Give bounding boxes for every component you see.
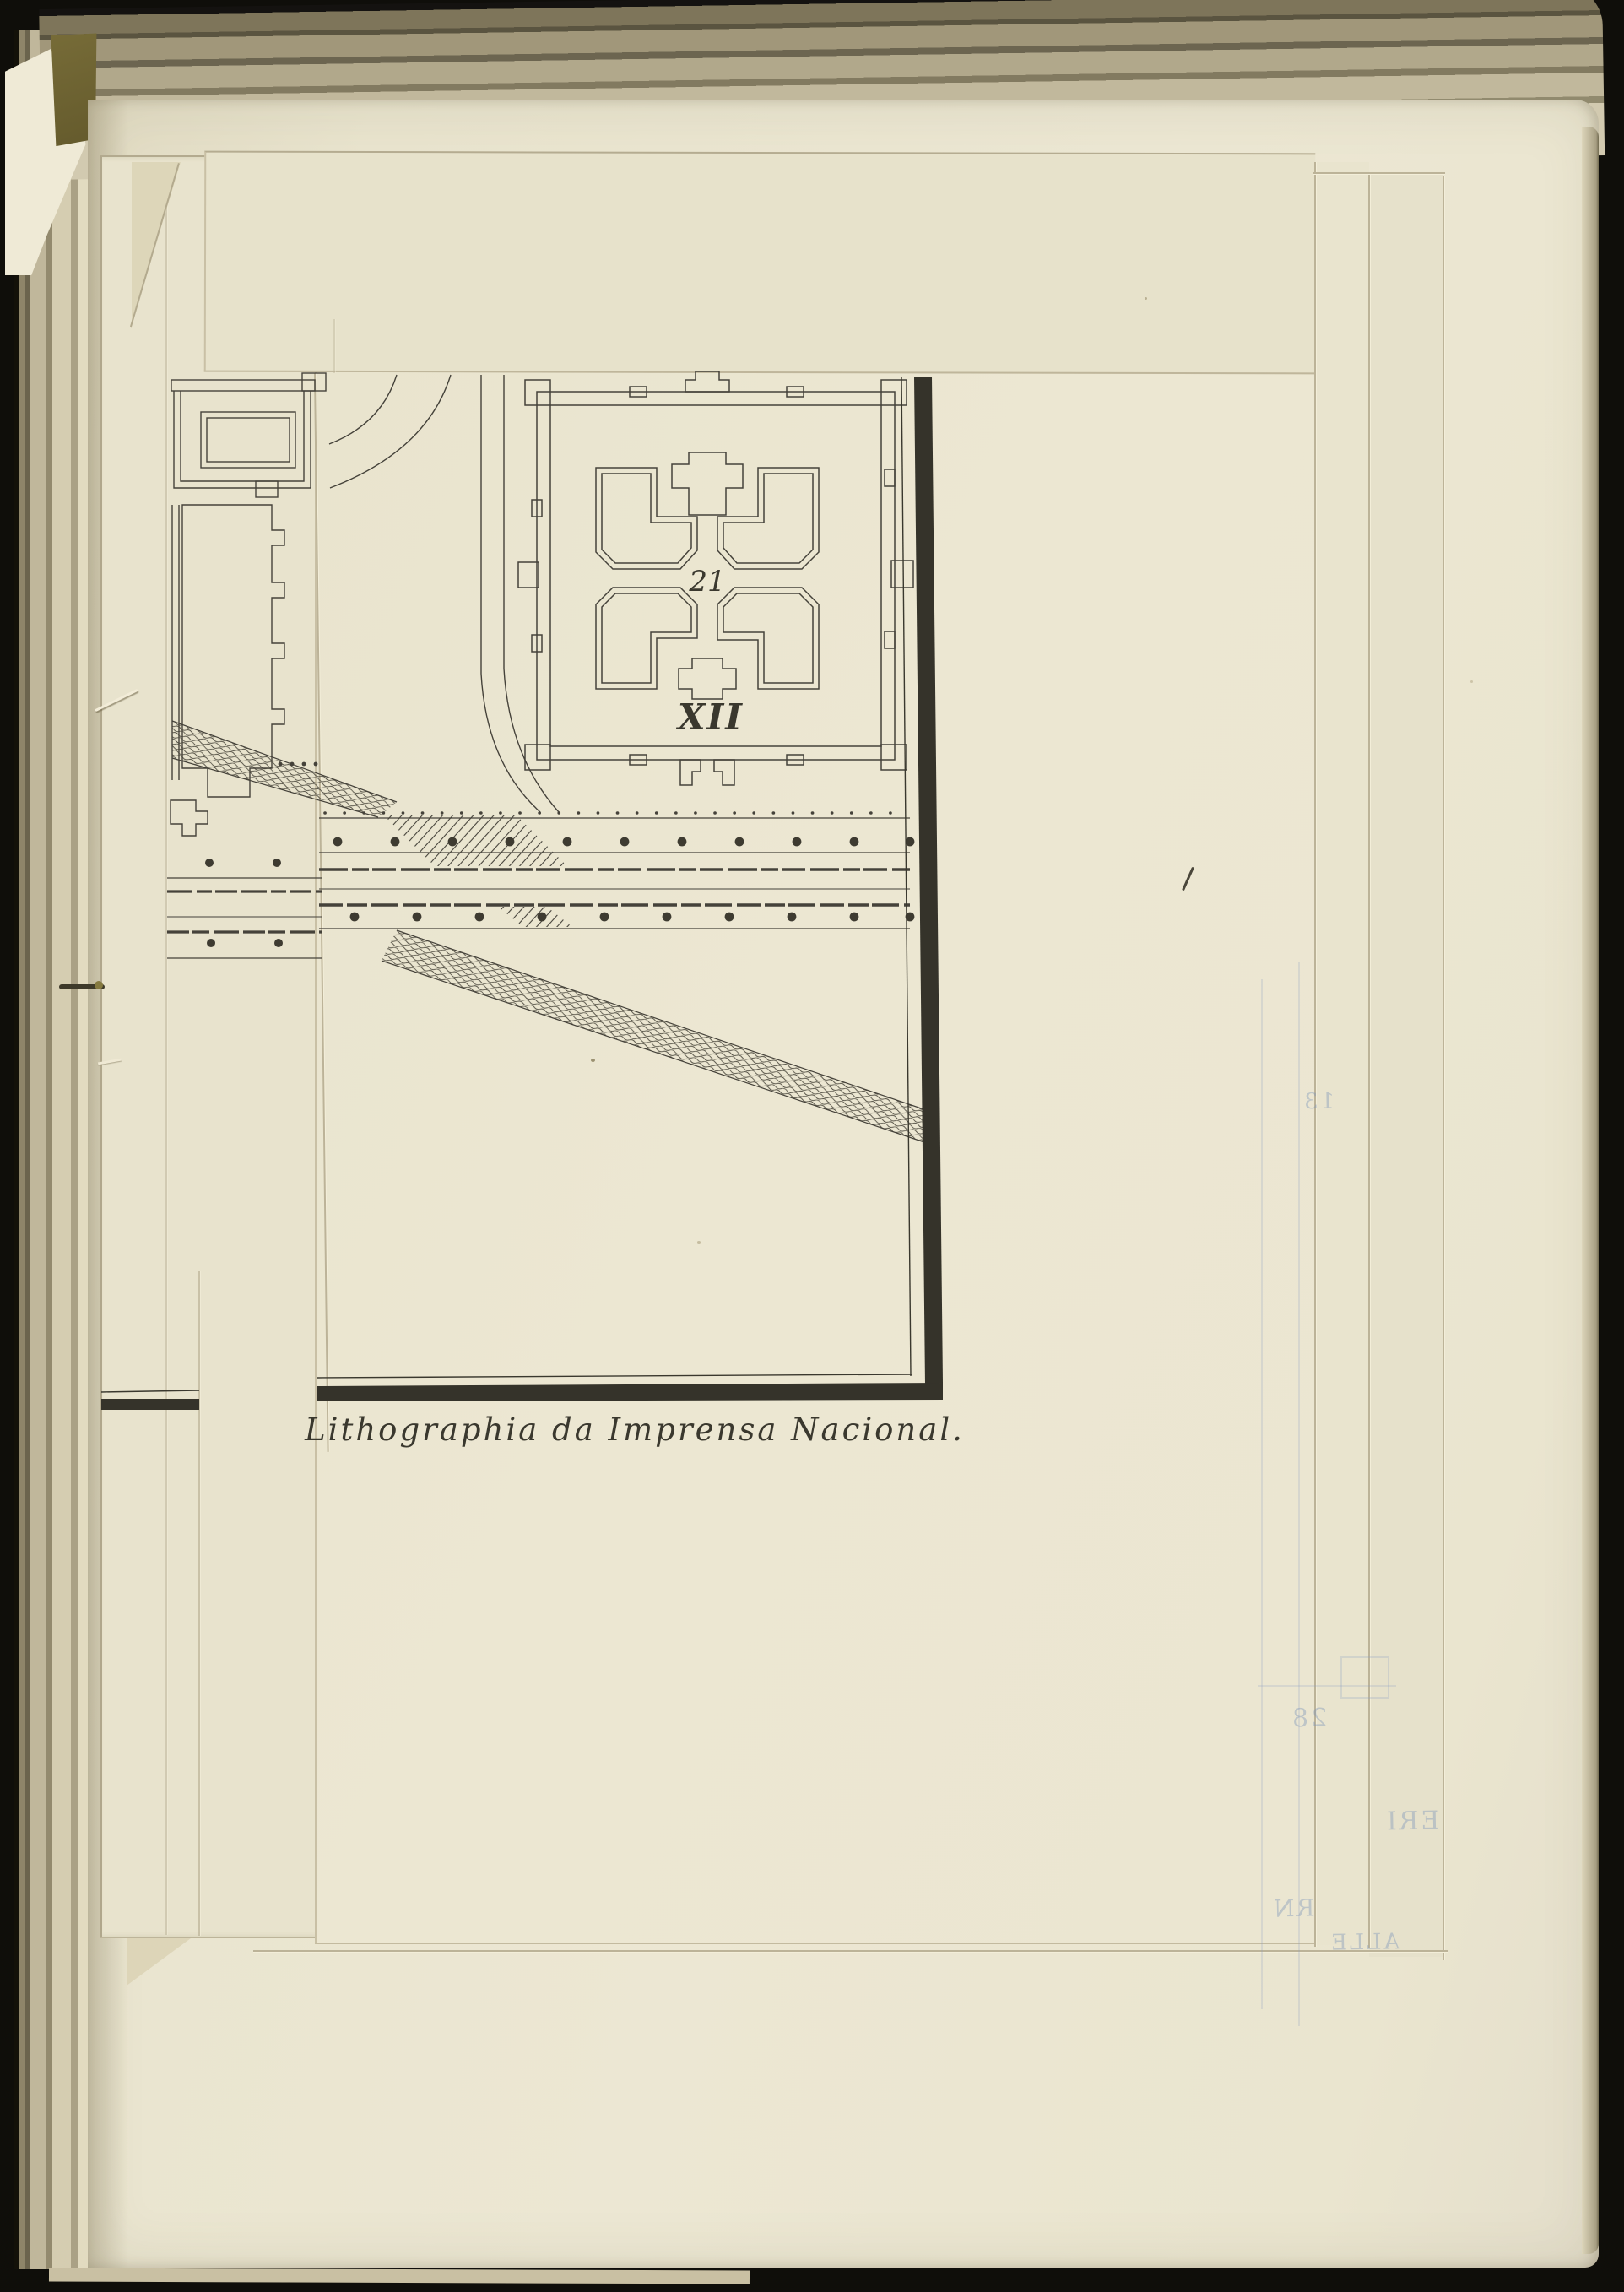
gate-tab-top <box>685 371 729 392</box>
ghost-text: 13 <box>1302 1089 1335 1115</box>
cross-bed-bottom <box>679 658 736 699</box>
road-crossing-hatch <box>384 815 567 866</box>
flap-avenue-band <box>167 859 322 958</box>
right-page-edge <box>1582 127 1599 2254</box>
right-fold-top-edge <box>1313 172 1445 174</box>
plate-number-label: XII <box>675 696 744 738</box>
sheet-bottom-edge <box>253 1950 1448 1952</box>
cross-bed-top <box>672 452 743 515</box>
paper-speck <box>1145 297 1147 300</box>
ghost-text: ERI <box>1384 1806 1440 1836</box>
parterre-bed-bottom-right <box>717 588 819 689</box>
parterre-bed-top-left <box>596 468 697 569</box>
ghost-box <box>1340 1656 1389 1699</box>
under-page-bottom-edge <box>49 2268 750 2284</box>
plate-curved-roads <box>329 375 451 488</box>
gate-hook-left <box>680 760 701 785</box>
ghost-text: 28 <box>1290 1704 1328 1734</box>
paper-speck <box>697 1241 701 1244</box>
ghost-text: RN <box>1271 1894 1315 1923</box>
paper-speck <box>591 1059 595 1062</box>
ghost-line-2 <box>1298 962 1300 2026</box>
folded-top-sheet <box>204 151 1316 375</box>
right-fold-edge-3 <box>1443 176 1444 1960</box>
book-scan: 13 28 ERI RN ALLE <box>0 0 1624 2292</box>
ghost-line-1 <box>1261 979 1263 2009</box>
parterre-bed-bottom-left <box>596 588 697 689</box>
plot-number-label: 21 <box>688 565 725 599</box>
lithograph-print: 21 XII Lithographia da Imprensa Nacional… <box>84 363 962 1460</box>
paper-speck <box>1470 680 1473 683</box>
plate-avenue-vertical <box>481 375 559 812</box>
tree-row-lower <box>350 913 915 922</box>
hatched-road <box>172 721 939 1145</box>
right-fold-edge-1 <box>1314 162 1316 1947</box>
gate-hook-right <box>714 760 734 785</box>
flap-border-segment <box>101 1390 199 1410</box>
plate-caption: Lithographia da Imprensa Nacional. <box>304 1412 962 1448</box>
ghost-text: ALLE <box>1329 1929 1400 1955</box>
parterre-bed-top-right <box>717 468 819 569</box>
binding-knot <box>95 981 103 989</box>
